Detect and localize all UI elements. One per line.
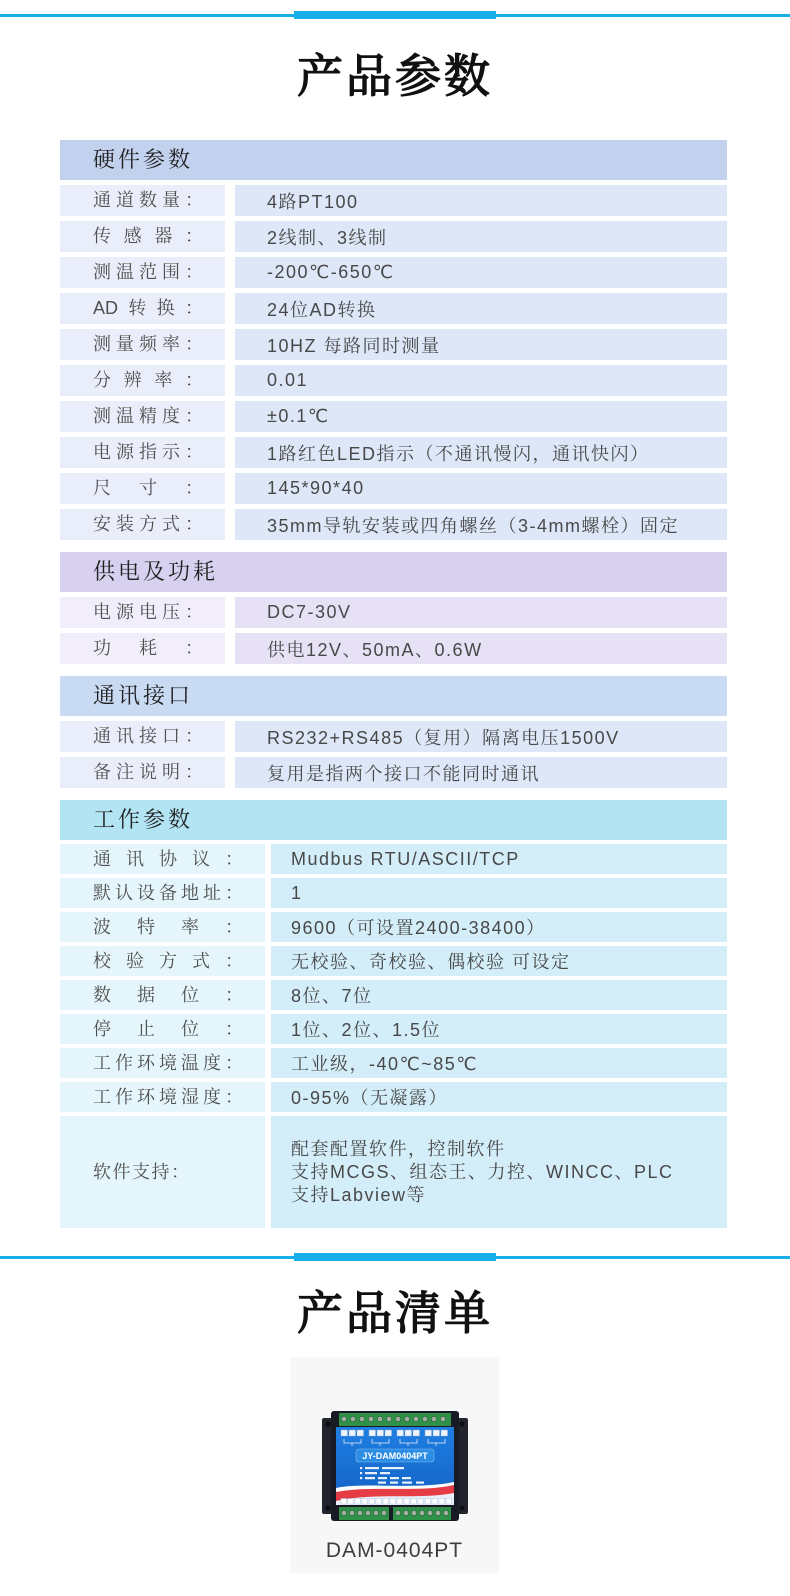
section-power: 供电及功耗 电源电压： DC7-30V 功耗： 供电12V、50mA、0.6W: [60, 552, 727, 664]
spec-label: 电源电压：: [60, 597, 225, 628]
spec-value-text: 无校验、奇校验、偶校验 可设定: [291, 948, 571, 974]
spec-value: 10HZ 每路同时测量: [235, 329, 727, 360]
spec-value-text: 4路PT100: [267, 188, 359, 214]
table-row: 测温范围： -200℃-650℃: [60, 257, 727, 288]
spec-value: 9600（可设置2400-38400）: [271, 912, 727, 942]
table-row: 工作环境温度： 工业级，-40℃~85℃: [60, 1048, 727, 1078]
table-row: 传感器： 2线制、3线制: [60, 221, 727, 252]
spec-label: 测量频率：: [60, 329, 225, 360]
page-title-product-params: 产品参数: [0, 46, 790, 106]
spec-label: 测温精度：: [60, 401, 225, 432]
spec-value-text: 2线制、3线制: [267, 224, 388, 250]
spec-label: 数据位：: [60, 980, 265, 1010]
spec-value-text: 0-95%（无凝露）: [291, 1084, 448, 1110]
product-card: JY-DAM0404PT DAM-: [290, 1357, 499, 1573]
product-photo: JY-DAM0404PT: [320, 1409, 470, 1523]
spec-value: 0-95%（无凝露）: [271, 1082, 727, 1112]
table-row: 波特率： 9600（可设置2400-38400）: [60, 912, 727, 942]
section-work: 工作参数 通讯协议： Mudbus RTU/ASCII/TCP 默认设备地址： …: [60, 800, 727, 1228]
spec-value-text: 配套配置软件，控制软件 支持MCGS、组态王、力控、WINCC、PLC 支持La…: [291, 1138, 674, 1207]
spec-value-text: ±0.1℃: [267, 406, 330, 427]
spec-value-text: Mudbus RTU/ASCII/TCP: [291, 849, 520, 870]
table-row: 停止位： 1位、2位、1.5位: [60, 1014, 727, 1044]
spec-value-text: 9600（可设置2400-38400）: [291, 914, 546, 940]
spec-value-text: 24位AD转换: [267, 296, 377, 322]
spec-label: 分辨率：: [60, 365, 225, 396]
spec-value-text: 0.01: [267, 370, 308, 391]
spec-value-text: -200℃-650℃: [267, 262, 394, 283]
table-row: 分辨率： 0.01: [60, 365, 727, 396]
spec-value: 35mm导轨安装或四角螺丝（3-4mm螺栓）固定: [235, 509, 727, 540]
spec-value-text: 1路红色LED指示（不通讯慢闪，通讯快闪）: [267, 440, 650, 466]
spec-label: 安装方式：: [60, 509, 225, 540]
spec-label: 通道数量：: [60, 185, 225, 216]
spec-value: RS232+RS485（复用）隔离电压1500V: [235, 721, 727, 752]
table-row: 工作环境湿度： 0-95%（无凝露）: [60, 1082, 727, 1112]
spec-value-text: 1位、2位、1.5位: [291, 1016, 441, 1042]
spec-value: 复用是指两个接口不能同时通讯: [235, 757, 727, 788]
bottom-divider: [0, 1253, 790, 1261]
spec-value: 配套配置软件，控制软件 支持MCGS、组态王、力控、WINCC、PLC 支持La…: [271, 1116, 727, 1228]
spec-value-text: 8位、7位: [291, 982, 373, 1008]
spec-label: 停止位：: [60, 1014, 265, 1044]
spec-value-text: 工业级，-40℃~85℃: [291, 1050, 478, 1076]
spec-value: 无校验、奇校验、偶校验 可设定: [271, 946, 727, 976]
table-row: AD转换： 24位AD转换: [60, 293, 727, 324]
spec-label: 尺寸：: [60, 473, 225, 504]
page-title-product-list: 产品清单: [0, 1283, 790, 1343]
spec-value: 24位AD转换: [235, 293, 727, 324]
spec-value: 8位、7位: [271, 980, 727, 1010]
spec-value: DC7-30V: [235, 597, 727, 628]
spec-label: 软件支持：: [60, 1116, 265, 1228]
spec-value: Mudbus RTU/ASCII/TCP: [271, 844, 727, 874]
top-divider: [0, 11, 790, 19]
section-hardware-title: 硬件参数: [60, 140, 727, 180]
table-row: 通道数量： 4路PT100: [60, 185, 727, 216]
spec-value: 0.01: [235, 365, 727, 396]
table-row: 电源指示： 1路红色LED指示（不通讯慢闪，通讯快闪）: [60, 437, 727, 468]
section-comm-title: 通讯接口: [60, 676, 727, 716]
spec-label: 电源指示：: [60, 437, 225, 468]
table-row: 尺寸： 145*90*40: [60, 473, 727, 504]
spec-value-text: 复用是指两个接口不能同时通讯: [267, 760, 540, 786]
table-row: 电源电压： DC7-30V: [60, 597, 727, 628]
table-row: 通讯接口： RS232+RS485（复用）隔离电压1500V: [60, 721, 727, 752]
spec-label: AD转换：: [60, 293, 225, 324]
table-row: 功耗： 供电12V、50mA、0.6W: [60, 633, 727, 664]
spec-label: 通讯协议：: [60, 844, 265, 874]
spec-value-text: 1: [291, 883, 303, 904]
spec-value: 1: [271, 878, 727, 908]
spec-value: 工业级，-40℃~85℃: [271, 1048, 727, 1078]
section-comm: 通讯接口 通讯接口： RS232+RS485（复用）隔离电压1500V 备注说明…: [60, 676, 727, 788]
spec-value: -200℃-650℃: [235, 257, 727, 288]
table-row: 测量频率： 10HZ 每路同时测量: [60, 329, 727, 360]
table-row: 数据位： 8位、7位: [60, 980, 727, 1010]
table-row: 备注说明： 复用是指两个接口不能同时通讯: [60, 757, 727, 788]
table-row: 校验方式： 无校验、奇校验、偶校验 可设定: [60, 946, 727, 976]
section-hardware: 硬件参数 通道数量： 4路PT100 传感器： 2线制、3线制 测温范围： -2…: [60, 140, 727, 540]
spec-value: 4路PT100: [235, 185, 727, 216]
spec-label: 备注说明：: [60, 757, 225, 788]
table-row: 通讯协议： Mudbus RTU/ASCII/TCP: [60, 844, 727, 874]
spec-label: 工作环境温度：: [60, 1048, 265, 1078]
divider-center-segment: [294, 11, 496, 19]
section-power-title: 供电及功耗: [60, 552, 727, 592]
spec-value-text: DC7-30V: [267, 602, 352, 623]
divider-center-segment: [294, 1253, 496, 1261]
table-row: 默认设备地址： 1: [60, 878, 727, 908]
spec-value: 145*90*40: [235, 473, 727, 504]
table-row-software-support: 软件支持： 配套配置软件，控制软件 支持MCGS、组态王、力控、WINCC、PL…: [60, 1116, 727, 1228]
spec-label: 校验方式：: [60, 946, 265, 976]
spec-value: 2线制、3线制: [235, 221, 727, 252]
device-model-label: JY-DAM0404PT: [362, 1451, 428, 1461]
product-caption: DAM-0404PT: [290, 1538, 499, 1564]
spec-label: 功耗：: [60, 633, 225, 664]
spec-label: 工作环境湿度：: [60, 1082, 265, 1112]
spec-label: 波特率：: [60, 912, 265, 942]
spec-table: 硬件参数 通道数量： 4路PT100 传感器： 2线制、3线制 测温范围： -2…: [60, 140, 727, 1228]
spec-value-text: 供电12V、50mA、0.6W: [267, 636, 483, 662]
section-work-title: 工作参数: [60, 800, 727, 840]
spec-label: 通讯接口：: [60, 721, 225, 752]
spec-value-text: 10HZ 每路同时测量: [267, 332, 441, 358]
spec-value: 1位、2位、1.5位: [271, 1014, 727, 1044]
spec-label: 传感器：: [60, 221, 225, 252]
table-row: 测温精度： ±0.1℃: [60, 401, 727, 432]
spec-value-text: 35mm导轨安装或四角螺丝（3-4mm螺栓）固定: [267, 512, 679, 538]
spec-value-text: RS232+RS485（复用）隔离电压1500V: [267, 724, 620, 750]
spec-value-text: 145*90*40: [267, 478, 365, 499]
table-row: 安装方式： 35mm导轨安装或四角螺丝（3-4mm螺栓）固定: [60, 509, 727, 540]
spec-value: 供电12V、50mA、0.6W: [235, 633, 727, 664]
spec-label: 测温范围：: [60, 257, 225, 288]
spec-label: 默认设备地址：: [60, 878, 265, 908]
spec-value: ±0.1℃: [235, 401, 727, 432]
spec-value: 1路红色LED指示（不通讯慢闪，通讯快闪）: [235, 437, 727, 468]
